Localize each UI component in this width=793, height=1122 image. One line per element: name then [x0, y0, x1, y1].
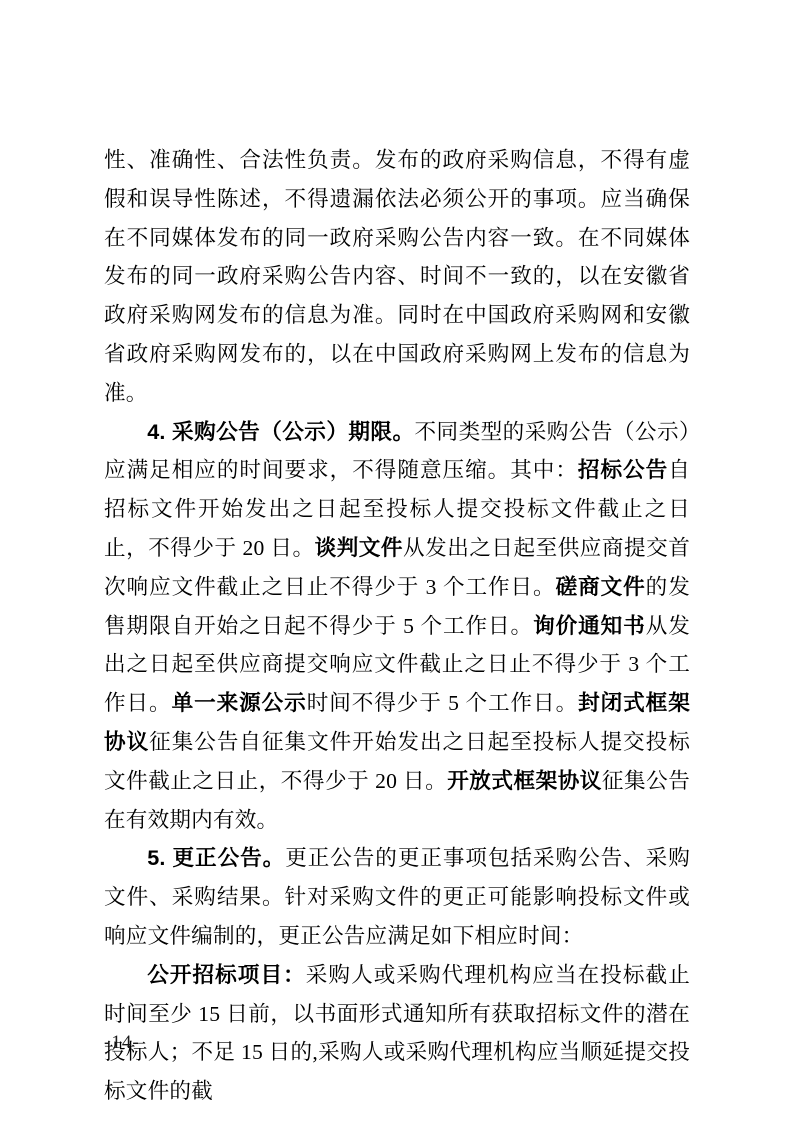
document-page: 性、准确性、合法性负责。发布的政府采购信息，不得有虚假和误导性陈述，不得遗漏依法…	[0, 0, 793, 1122]
emphasis-run: 4. 采购公告（公示）期限。	[147, 419, 414, 444]
emphasis-run: 开放式框架协议	[447, 768, 602, 793]
emphasis-run: 谈判文件	[315, 535, 403, 560]
text-run: 时间不得少于 5 个工作日。	[307, 691, 578, 715]
emphasis-run: 公开招标项目：	[147, 962, 306, 987]
emphasis-run: 询价通知书	[533, 613, 646, 638]
document-body: 性、准确性、合法性负责。发布的政府采购信息，不得有虚假和误导性陈述，不得遗漏依法…	[104, 141, 690, 1111]
page-number: -14-	[104, 1031, 140, 1055]
emphasis-run: 5. 更正公告。	[147, 845, 285, 870]
text-run: 性、准确性、合法性负责。发布的政府采购信息，不得有虚假和误导性陈述，不得遗漏依法…	[104, 148, 690, 405]
paragraph: 性、准确性、合法性负责。发布的政府采购信息，不得有虚假和误导性陈述，不得遗漏依法…	[104, 141, 690, 413]
emphasis-run: 单一来源公示	[172, 690, 307, 715]
paragraph: 5. 更正公告。更正公告的更正事项包括采购公告、采购文件、采购结果。针对采购文件…	[104, 839, 690, 955]
paragraph: 4. 采购公告（公示）期限。不同类型的采购公告（公示）应满足相应的时间要求，不得…	[104, 413, 690, 840]
emphasis-run: 招标公告	[578, 457, 668, 482]
emphasis-run: 磋商文件	[556, 574, 646, 599]
paragraph: 公开招标项目：采购人或采购代理机构应当在投标截止时间至少 15 日前，以书面形式…	[104, 956, 690, 1111]
